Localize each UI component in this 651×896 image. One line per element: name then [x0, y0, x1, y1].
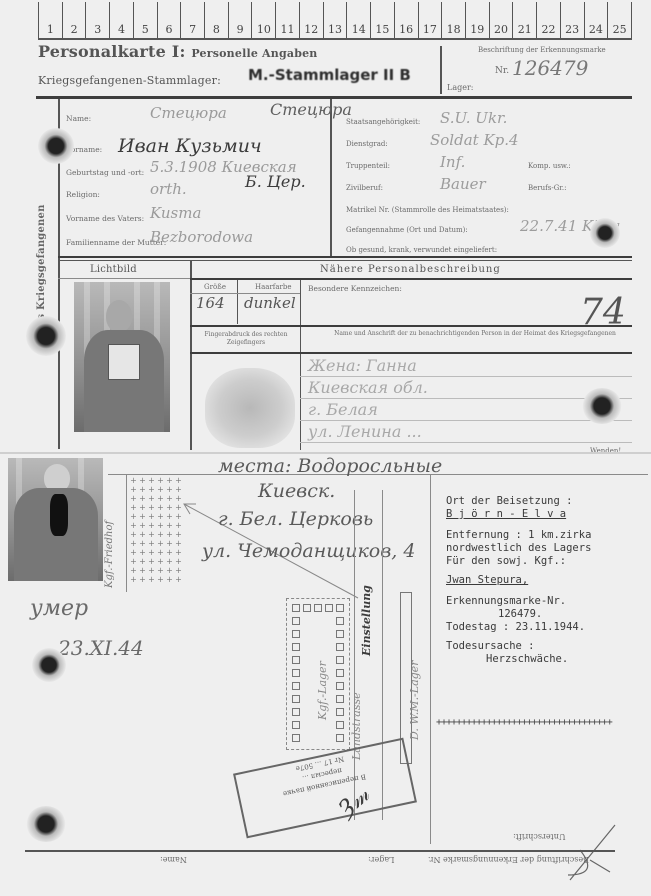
- grave-cross: +: [156, 548, 165, 557]
- burial-place-label: Ort der Beisetzung :: [446, 495, 646, 508]
- cemetery-side-label: Kgf.-Friedhof: [104, 521, 115, 588]
- grave-cross: +: [156, 566, 165, 575]
- contact-rule: [300, 398, 632, 399]
- field-label: Komp. usw.:: [528, 162, 571, 170]
- grave-cross: +: [174, 485, 183, 494]
- column-number-20: 20: [489, 2, 513, 38]
- grave-cross: +: [174, 476, 183, 485]
- column-number-11: 11: [275, 2, 299, 38]
- field-label: Truppenteil:: [346, 162, 390, 170]
- column-number-23: 23: [560, 2, 584, 38]
- footer-lager-label: Lager:: [368, 855, 394, 864]
- typed-cross-rule: +++++++++++++++++++++++++++++++++++: [436, 716, 612, 729]
- grave-cross: +: [156, 575, 165, 584]
- contact-line: ул. Ленина ...: [308, 422, 422, 441]
- field-value: orth.: [150, 180, 187, 198]
- grave-cross: +: [147, 476, 156, 485]
- grave-cross: +: [147, 485, 156, 494]
- barrack-square: [292, 708, 300, 716]
- grave-cross: +: [147, 575, 156, 584]
- handwritten-line: места: Водоросльные: [218, 455, 442, 477]
- field-value: Soldat Kp.4: [430, 131, 519, 149]
- grave-cross: +: [165, 530, 174, 539]
- grave-cross: +: [129, 521, 138, 530]
- header-divider: [440, 46, 442, 94]
- grave-cross: +: [129, 485, 138, 494]
- barrack-square: [292, 630, 300, 638]
- grave-cross: +: [156, 512, 165, 521]
- for-name: Jwan Stepura,: [446, 574, 646, 587]
- photo-header-rule: [58, 278, 190, 279]
- barrack-square: [336, 734, 344, 742]
- burial-place: B j ö r n - E l v a: [446, 508, 646, 521]
- grave-cross: +: [129, 530, 138, 539]
- contact-line: г. Белая: [308, 400, 378, 419]
- grave-cross: +: [147, 494, 156, 503]
- signature-label: Unterschrift:: [513, 832, 566, 841]
- field-label: Name:: [66, 114, 91, 123]
- column-number-10: 10: [251, 2, 275, 38]
- column-number-21: 21: [512, 2, 536, 38]
- column-number-9: 9: [228, 2, 252, 38]
- grave-cross: +: [156, 521, 165, 530]
- punch-hole: [26, 806, 66, 842]
- barrack-square: [336, 604, 344, 612]
- column-number-17: 17: [418, 2, 442, 38]
- column-number-8: 8: [204, 2, 228, 38]
- barrack-square: [292, 669, 300, 677]
- barrack-square: [336, 721, 344, 729]
- grave-cross: +: [165, 512, 174, 521]
- grave-cross: +: [138, 566, 147, 575]
- fingerprint-label: Fingerabdruck des rechten Zeigefingers: [194, 331, 298, 347]
- registration-no-label: Nr.: [495, 66, 509, 76]
- grave-cross: +: [129, 494, 138, 503]
- burial-distance: Entfernung : 1 km.zirka nordwestlich des…: [446, 529, 636, 555]
- fingerprint-divider: [300, 280, 301, 450]
- camp-label: Kriegsgefangenen-Stammlager:: [38, 74, 221, 87]
- camp-stamp: M.-Stammlager II B: [248, 66, 411, 84]
- grave-cross: +: [156, 557, 165, 566]
- grave-cross: +: [165, 548, 174, 557]
- punch-hole: [590, 218, 620, 248]
- cause-label: Todesursache :: [446, 640, 646, 653]
- address-fragment: Б. Цер.: [245, 172, 306, 191]
- punch-hole: [32, 648, 66, 682]
- barrack-square: [336, 669, 344, 677]
- contact-rule: [300, 376, 632, 377]
- card-title: Personalkarte I: Personelle Angaben: [38, 42, 318, 61]
- grave-cross: +: [138, 485, 147, 494]
- footer-rule: [25, 850, 615, 852]
- barrack-square: [292, 656, 300, 664]
- hair-label: Haarfarbe: [255, 283, 292, 291]
- barrack-square: [336, 617, 344, 625]
- column-number-16: 16: [394, 2, 418, 38]
- marks-label: Besondere Kennzeichen:: [308, 284, 402, 293]
- marker-label: Erkennungsmarke-Nr.: [446, 595, 646, 608]
- registration-number: 126479: [512, 56, 588, 80]
- grave-cross: +: [156, 485, 165, 494]
- grave-cross: +: [129, 476, 138, 485]
- grave-cross: +: [165, 494, 174, 503]
- grave-cross: +: [129, 503, 138, 512]
- footer-name-label: Name:: [160, 855, 187, 864]
- field-value: Иван Кузьмич: [118, 135, 262, 157]
- column-number-2: 2: [62, 2, 86, 38]
- grave-cross: +: [147, 539, 156, 548]
- column-number-7: 7: [180, 2, 204, 38]
- typed-burial-record: Ort der Beisetzung : B j ö r n - E l v a…: [446, 495, 646, 666]
- typed-divider: [430, 474, 431, 844]
- column-number-15: 15: [370, 2, 394, 38]
- grave-cross: +: [165, 557, 174, 566]
- barrack-square: [292, 734, 300, 742]
- grave-cross: +: [138, 575, 147, 584]
- contact-rule: [190, 352, 632, 354]
- field-label: Staatsangehörigkeit:: [346, 118, 420, 126]
- barrack-square: [292, 643, 300, 651]
- grave-cross: +: [156, 476, 165, 485]
- barrack-square: [336, 643, 344, 651]
- barrack-square: [336, 708, 344, 716]
- grave-cross: +: [156, 503, 165, 512]
- contact-line: Жена: Ганна: [308, 356, 417, 375]
- grave-cross: +: [156, 539, 165, 548]
- for-label: Für den sowj. Kgf.:: [446, 555, 646, 568]
- footer-registration-label: Beschriftung der Erkennungsmarke Nr.: [428, 855, 589, 864]
- barrack-square: [292, 682, 300, 690]
- fingerprint: [205, 368, 295, 448]
- column-number-24: 24: [584, 2, 608, 38]
- personal-section-rule: [58, 256, 632, 258]
- handwritten-line: ул. Чемоданщиков, 4: [202, 540, 415, 562]
- second-photo: [8, 458, 103, 581]
- barrack-square: [336, 695, 344, 703]
- column-number-13: 13: [323, 2, 347, 38]
- height-label: Größe: [204, 283, 226, 291]
- map-label: Kgf.-Lager: [316, 661, 329, 720]
- grave-cross: +: [147, 566, 156, 575]
- cause: Herzschwäche.: [446, 653, 646, 666]
- header-rule: [36, 96, 632, 99]
- punch-hole: [26, 316, 66, 356]
- barrack-square: [292, 695, 300, 703]
- number-mark: 74: [580, 292, 626, 333]
- grave-cross: +: [138, 548, 147, 557]
- grave-cross: +: [165, 539, 174, 548]
- field-value: Bauer: [440, 175, 486, 193]
- field-label: Gefangennahme (Ort und Datum):: [346, 226, 468, 234]
- grave-cross: +: [147, 548, 156, 557]
- grave-cross: +: [138, 539, 147, 548]
- card-title-sub: Personelle Angaben: [191, 47, 317, 60]
- grave-cross: +: [165, 575, 174, 584]
- field-label: Matrikel Nr. (Stammrolle des Heimatstaat…: [346, 206, 509, 214]
- registration-label: Beschriftung der Erkennungsmarke: [478, 46, 606, 54]
- contact-rule: [300, 420, 632, 421]
- field-label: Geburtstag und -ort:: [66, 168, 144, 177]
- card-title-main: Personalkarte I:: [38, 42, 186, 61]
- column-number-12: 12: [299, 2, 323, 38]
- death-note: умер: [30, 596, 88, 621]
- fold-line: [0, 452, 651, 454]
- grave-cross: +: [147, 530, 156, 539]
- grave-cross: +: [138, 476, 147, 485]
- grid-left-rule: [126, 474, 127, 592]
- barrack-square: [314, 604, 322, 612]
- grave-cross: +: [165, 476, 174, 485]
- grave-cross: +: [138, 503, 147, 512]
- details-header-rule: [190, 278, 632, 280]
- grave-cross: +: [165, 485, 174, 494]
- column-number-14: 14: [346, 2, 370, 38]
- hair-value: dunkel: [244, 294, 296, 312]
- photo-divider: [190, 260, 192, 450]
- grave-cross: +: [129, 539, 138, 548]
- height-hair-divider: [237, 280, 238, 324]
- field-label: Dienstgrad:: [346, 140, 388, 148]
- grave-cross: +: [156, 494, 165, 503]
- barrack-square: [336, 630, 344, 638]
- field-value: Kusma: [150, 204, 201, 222]
- grave-cross: +: [129, 566, 138, 575]
- grave-cross: +: [165, 566, 174, 575]
- map-label: D. W.M.-Lager: [408, 661, 421, 740]
- marks-rule: [190, 325, 632, 327]
- punch-hole: [582, 388, 622, 424]
- grave-cross: +: [129, 557, 138, 566]
- prisoner-photo: [74, 282, 170, 432]
- grave-cross: +: [138, 557, 147, 566]
- desc-top-rule: [58, 260, 632, 261]
- field-value: S.U. Ukr.: [440, 109, 507, 127]
- barrack-square: [292, 604, 300, 612]
- contact-rule: [300, 442, 632, 443]
- column-number-6: 6: [157, 2, 181, 38]
- column-number-strip: 1234567891011121314151617181920212223242…: [38, 2, 632, 40]
- column-number-25: 25: [607, 2, 632, 38]
- death-day: Todestag : 23.11.1944.: [446, 621, 646, 634]
- grave-cross: +: [138, 512, 147, 521]
- field-value: Стецюра: [150, 104, 227, 122]
- barrack-square: [325, 604, 333, 612]
- column-number-22: 22: [536, 2, 560, 38]
- column-number-19: 19: [465, 2, 489, 38]
- column-number-1: 1: [38, 2, 62, 38]
- grave-cross: +: [138, 494, 147, 503]
- grave-cross: +: [138, 530, 147, 539]
- field-label: Vorname des Vaters:: [66, 214, 144, 223]
- lager-label: Lager:: [447, 83, 473, 92]
- handwritten-line: г. Бел. Церковь: [218, 508, 373, 530]
- handwritten-line: Киевск.: [258, 480, 335, 502]
- column-number-5: 5: [133, 2, 157, 38]
- grave-cross: +: [147, 512, 156, 521]
- barrack-square: [336, 656, 344, 664]
- field-value: Bezborodowa: [150, 228, 253, 246]
- marker-number: 126479.: [446, 608, 646, 621]
- contact-line: Киевская обл.: [308, 378, 428, 397]
- barrack-square: [292, 617, 300, 625]
- details-header: Nähere Personalbeschreibung: [320, 264, 501, 275]
- grave-cross: +: [147, 503, 156, 512]
- barrack-square: [336, 682, 344, 690]
- column-number-4: 4: [109, 2, 133, 38]
- grave-cross: +: [129, 512, 138, 521]
- field-label: Religion:: [66, 190, 100, 199]
- column-number-18: 18: [441, 2, 465, 38]
- field-label: Zivilberuf:: [346, 184, 383, 192]
- grave-cross: +: [165, 521, 174, 530]
- grave-cross: +: [156, 530, 165, 539]
- field-label: Ob gesund, krank, verwundet eingeliefert…: [346, 246, 497, 254]
- punch-hole: [38, 128, 74, 164]
- height-value: 164: [196, 294, 225, 312]
- photo-header: Lichtbild: [90, 264, 137, 275]
- grave-cross: +: [138, 521, 147, 530]
- grave-cross: +: [147, 521, 156, 530]
- cemetery-note: Einstellung: [360, 585, 373, 656]
- column-number-3: 3: [85, 2, 109, 38]
- office-stamp: В переписанной пачкепересыл ...Nr 17 ...…: [233, 738, 417, 839]
- death-date-handwritten: 23.XI.44: [58, 636, 144, 660]
- grave-cross: +: [129, 575, 138, 584]
- grave-cross: +: [129, 548, 138, 557]
- grave-cross-grid: ++++++++++++++++++++++++++++++++++++++++…: [129, 476, 183, 584]
- grave-cross: +: [165, 503, 174, 512]
- contact-label: Name und Anschrift der zu benachrichtige…: [330, 330, 620, 338]
- field-label: Berufs-Gr.:: [528, 184, 566, 192]
- barrack-square: [303, 604, 311, 612]
- barrack-square: [292, 721, 300, 729]
- mid-frame-line: [330, 99, 332, 256]
- name-extra-handwriting: Стецюра: [270, 100, 352, 119]
- field-value: Inf.: [440, 153, 465, 171]
- grave-cross: +: [147, 557, 156, 566]
